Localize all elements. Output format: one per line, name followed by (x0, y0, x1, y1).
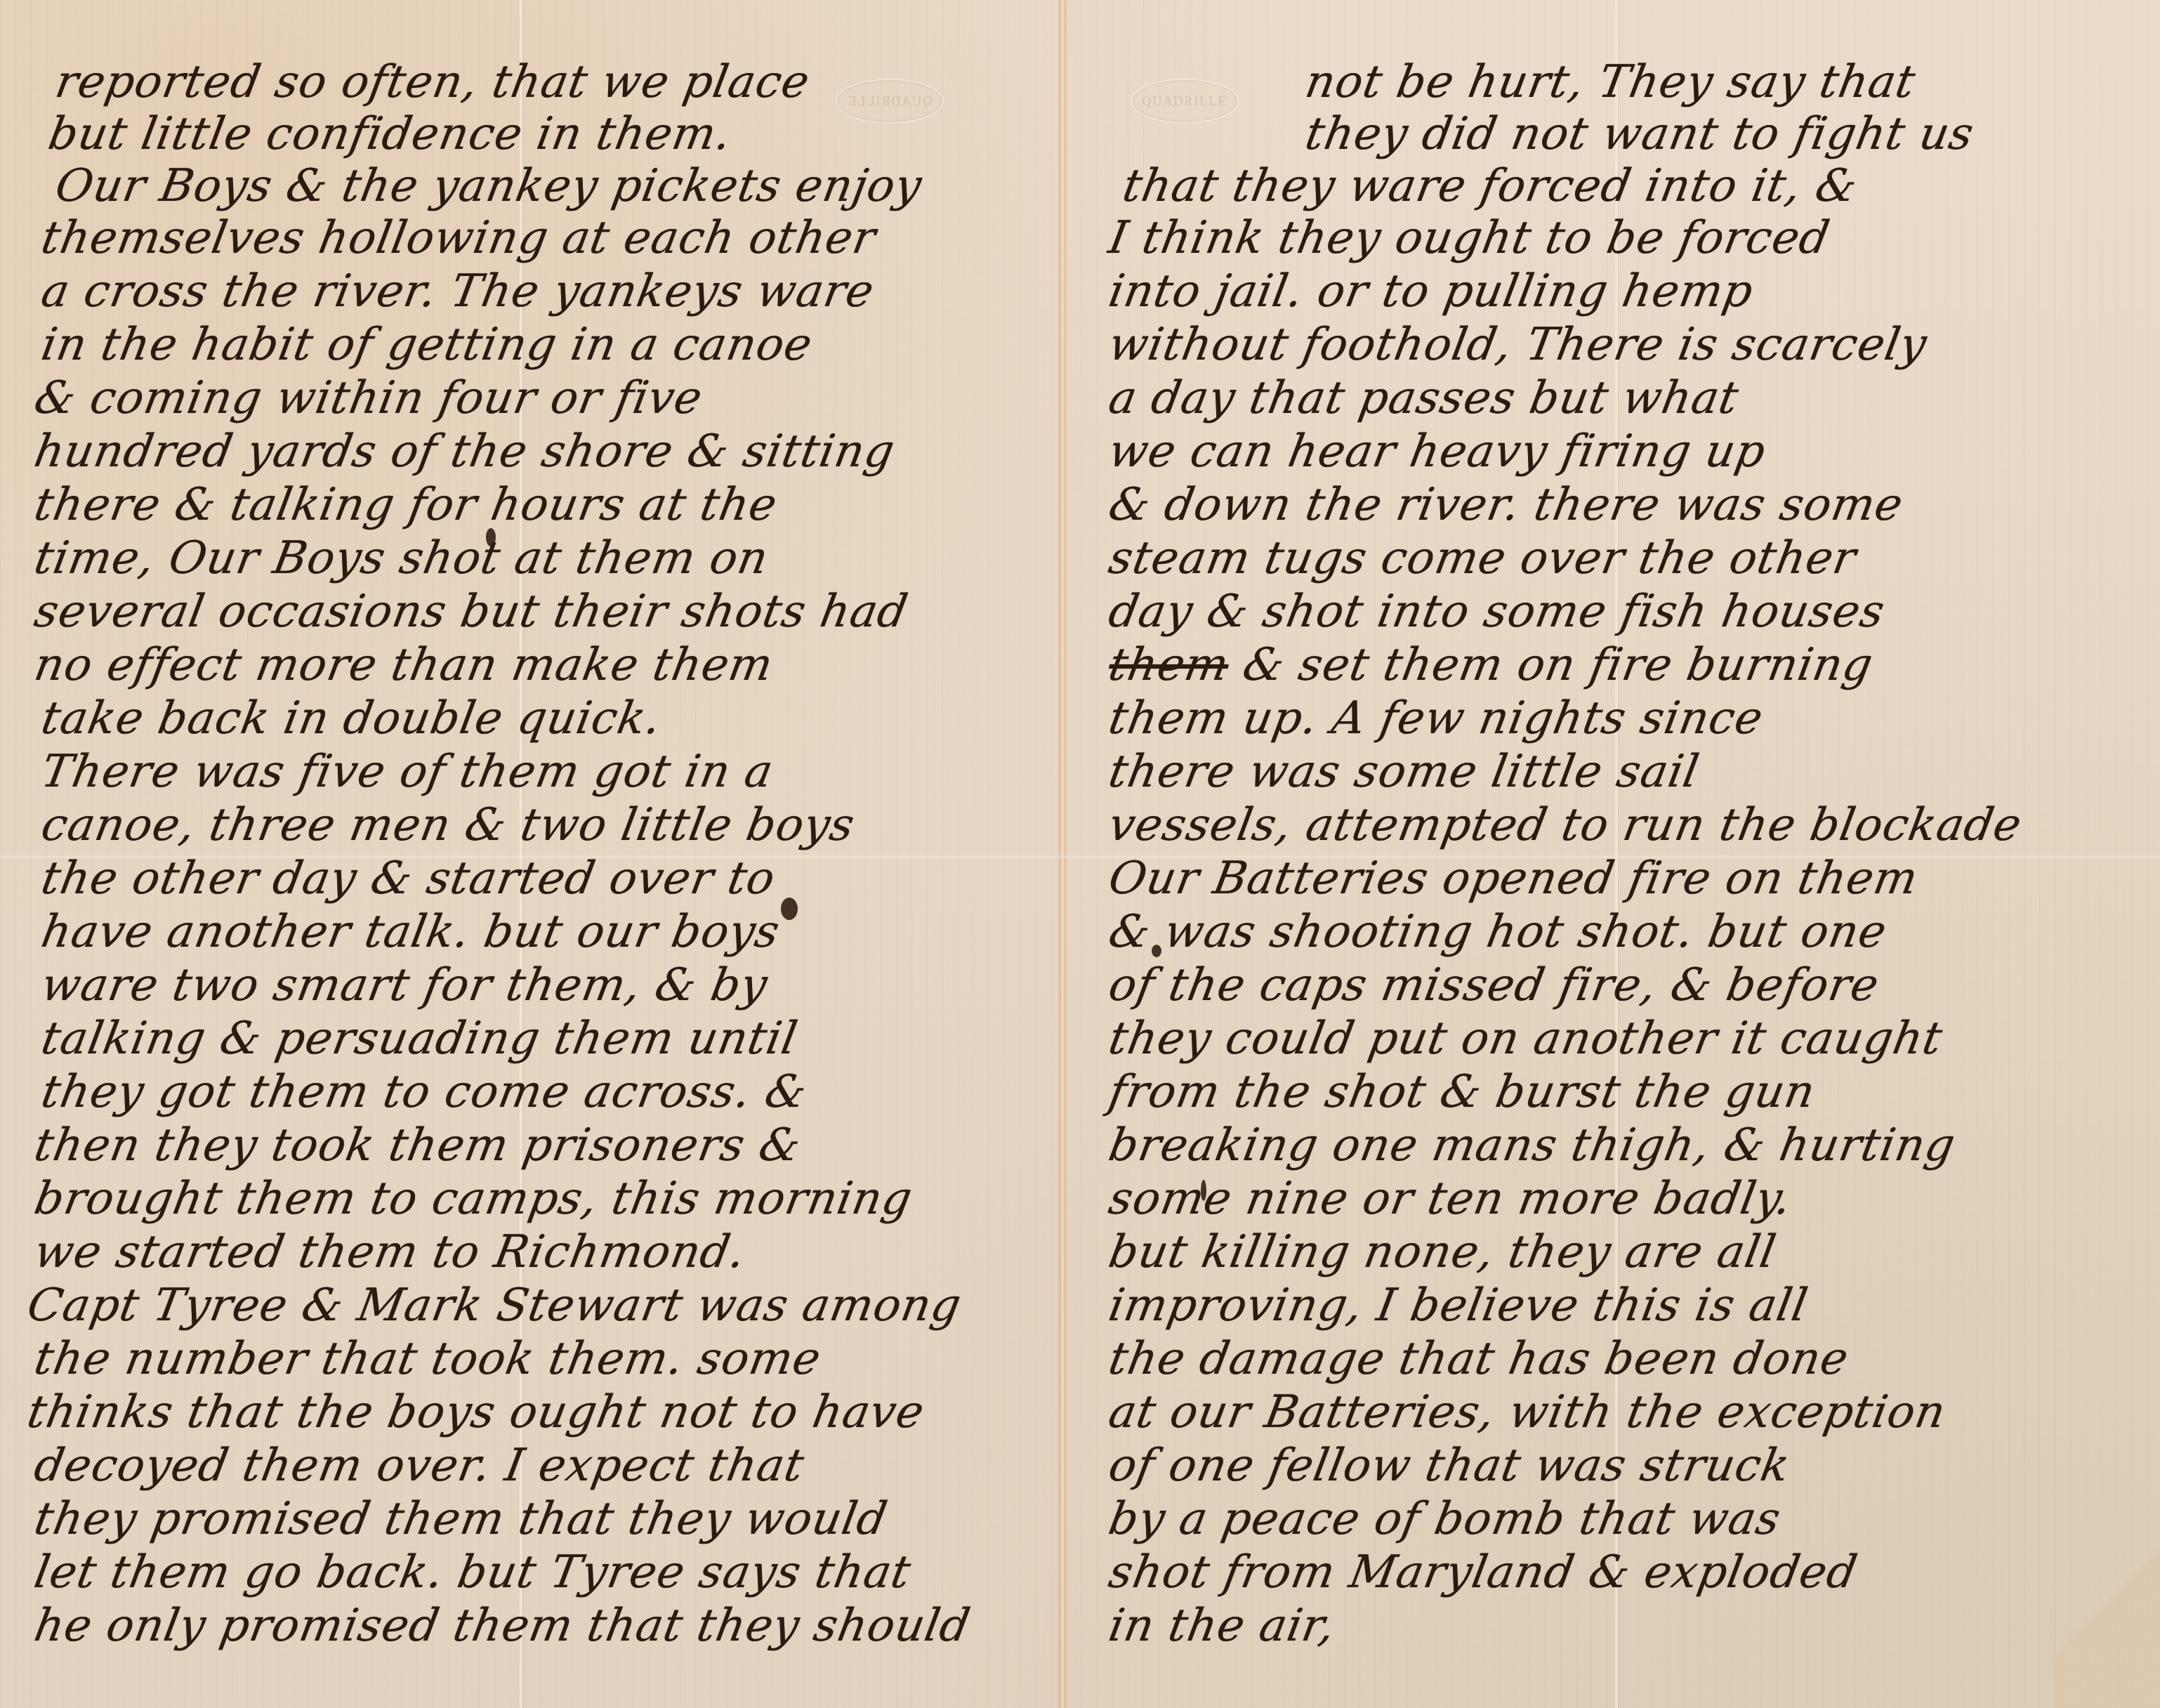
text-line: they could put on another it caught (1105, 1013, 1946, 1065)
text-line: time, Our Boys shot at them on (30, 532, 772, 584)
left-page: reported so often, that we place but lit… (28, 28, 1060, 1700)
text-line: I think they ought to be forced (1105, 212, 1833, 264)
text-line: but little confidence in them. (44, 108, 735, 160)
text-line: there was some little sail (1105, 746, 1703, 798)
text-line: of one fellow that was struck (1105, 1440, 1793, 1492)
text-line: hundred yards of the shore & sitting (30, 426, 898, 478)
text-line: no effect more than make them (30, 639, 777, 691)
text-line: Our Batteries opened fire on them (1105, 853, 1922, 905)
text-line: & coming within four or five (30, 372, 706, 424)
text-line: improving, I believe this is all (1105, 1280, 1812, 1332)
letter-scan: QUADRILLE QUADRILLE reported so often, t… (0, 0, 2160, 1708)
text-line: steam tugs come over the other (1105, 532, 1860, 584)
text-line: themselves hollowing at each other (37, 212, 880, 264)
right-page: not be hurt, They say that they did not … (1109, 28, 2142, 1700)
text-line: breaking one mans thigh, & hurting (1105, 1119, 1959, 1171)
torn-corner (2055, 1497, 2160, 1708)
text-line: then they took them prisoners & (30, 1119, 805, 1171)
text-line: let them go back. but Tyree says that (30, 1546, 915, 1598)
text-line: from the shot & burst the gun (1105, 1066, 1819, 1118)
text-line: & was shooting hot shot. but one (1105, 906, 1890, 958)
text-line: without foothold, There is scarcely (1105, 319, 1930, 371)
text-line: by a peace of bomb that was (1105, 1493, 1784, 1545)
text-line: in the habit of getting in a canoe (37, 319, 816, 371)
text-line: thinks that the boys ought not to have (23, 1386, 928, 1438)
text-line: There was five of them got in a (37, 746, 777, 798)
text-line-with-strikeout: them & set them on fire burning (1105, 639, 1877, 691)
text-line: a cross the river. The yankeys ware (37, 265, 878, 317)
text-line: some nine or ten more badly. (1105, 1173, 1796, 1225)
text-line: brought them to camps, this morning (30, 1173, 916, 1225)
text-line: they got them to come across. & (37, 1066, 810, 1118)
text-line: into jail. or to pulling hemp (1105, 265, 1757, 317)
text-line: decoyed them over. I expect that (30, 1440, 808, 1492)
text-line: talking & persuading them until (37, 1013, 801, 1065)
text-line: Capt Tyree & Mark Stewart was among (23, 1280, 965, 1332)
text-line: they promised them that they would (30, 1493, 891, 1545)
text-line: not be hurt, They say that (1301, 56, 1919, 108)
text-line: but killing none, they are all (1105, 1226, 1779, 1278)
text-line: of the caps missed fire, & before (1105, 959, 1883, 1011)
text-line: in the air, (1105, 1600, 1339, 1652)
text-line: that they ware forced into it, & (1119, 160, 1861, 212)
text-line: we started them to Richmond. (30, 1226, 749, 1278)
text-line: the number that took them. some (30, 1333, 824, 1385)
text-line: reported so often, that we place (51, 56, 813, 108)
text-line: shot from Maryland & exploded (1105, 1546, 1861, 1598)
text-line: Our Boys & the yankey pickets enjoy (51, 160, 926, 212)
text-line: several occasions but their shots had (30, 586, 911, 638)
text-line: he only promised them that they should (30, 1600, 974, 1652)
text-line: canoe, three men & two little boys (37, 799, 858, 851)
text-line: the other day & started over to (37, 853, 779, 905)
struck-word: them (1105, 639, 1233, 691)
text-line: them up. A few nights since (1105, 692, 1767, 744)
text-line: day & shot into some fish houses (1105, 586, 1888, 638)
line-text: & set them on fire burning (1239, 639, 1877, 691)
text-line: there & talking for hours at the (30, 479, 781, 531)
text-line: they did not want to fight us (1301, 108, 1977, 160)
text-line: we can hear heavy firing up (1105, 426, 1770, 478)
text-line: & down the river. there was some (1105, 479, 1907, 531)
text-line: have another talk. but our boys (37, 906, 784, 958)
text-line: a day that passes but what (1105, 372, 1742, 424)
text-line: ware two smart for them, & by (37, 959, 771, 1011)
text-line: take back in double quick. (37, 692, 665, 744)
text-line: at our Batteries, with the exception (1105, 1386, 1949, 1438)
text-line: vessels, attempted to run the blockade (1105, 799, 2025, 851)
text-line: the damage that has been done (1105, 1333, 1852, 1385)
